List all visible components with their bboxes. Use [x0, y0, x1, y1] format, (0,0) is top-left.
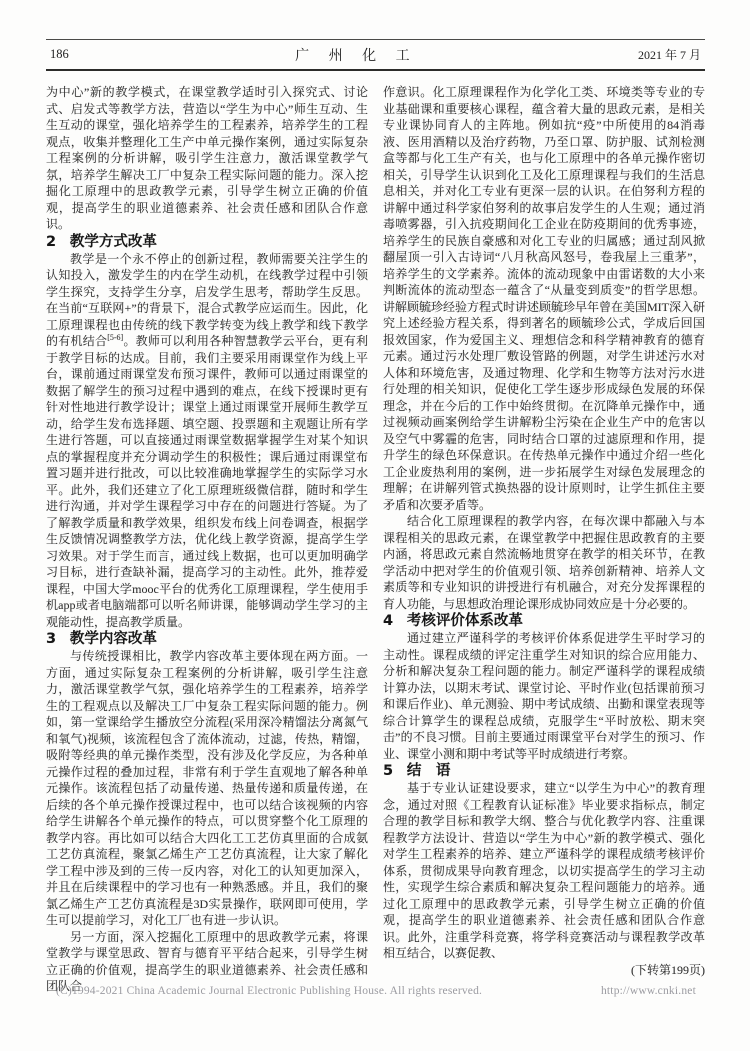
- article-body: 为中心”新的教学模式，在课堂教学适时引入探究式、讨论式、启发式等教学方法，营造以…: [46, 84, 705, 995]
- section-heading-teaching-methods: 2教学方式改革: [46, 233, 368, 251]
- left-column: 为中心”新的教学模式，在课堂教学适时引入探究式、讨论式、启发式等教学方法，营造以…: [46, 84, 368, 995]
- journal-title: 广 州 化 工: [295, 45, 412, 65]
- body-paragraph: 结合化工原理课程的教学内容，在每次课中都融入与本课程相关的思政元素，在课堂教学中…: [383, 513, 705, 612]
- body-paragraph: 通过建立严谨科学的考核评价体系促进学生平时学习的主动性。课程成绩的评定注重学生对…: [383, 630, 705, 762]
- page-number: 186: [50, 47, 69, 62]
- body-paragraph: 作意识。化工原理课程作为化学化工类、环境类等专业的专业基础课和重要核心课程，蕴含…: [383, 84, 705, 513]
- paragraph-text: 。教师可以利用各种智慧教学云平台，更有利于教学目标的达成。目前，我们主要采用雨课…: [46, 334, 368, 629]
- section-title: 考核评价体系改革: [407, 613, 523, 629]
- section-title: 教学内容改革: [70, 631, 157, 647]
- section-number: 5: [383, 763, 393, 779]
- body-paragraph: 教学是一个永不停止的创新过程，教师需要关注学生的认知投入，激发学生的内在学生动机…: [46, 251, 368, 631]
- journal-page: 186 广 州 化 工 2021 年 7 月 为中心”新的教学模式，在课堂教学适…: [0, 0, 750, 1051]
- right-column: 作意识。化工原理课程作为化学化工类、环境类等专业的专业基础课和重要核心课程，蕴含…: [383, 84, 705, 995]
- body-paragraph: 与传统授课相比，教学内容改革主要体现在两方面。一方面，通过实际复杂工程案例的分析…: [46, 648, 368, 929]
- section-heading-assessment: 4考核评价体系改革: [383, 612, 705, 630]
- cnki-url: http://www.cnki.net: [601, 985, 696, 997]
- body-paragraph: 基于专业认证建设要求，建立“以学生为中心”的教育理念，通过对照《工程教育认证标准…: [383, 780, 705, 962]
- copyright-text: (C)1994-2021 China Academic Journal Elec…: [56, 985, 482, 997]
- section-heading-teaching-content: 3教学内容改革: [46, 630, 368, 648]
- citation-ref: [5-6]: [107, 333, 123, 342]
- section-number: 4: [383, 613, 393, 629]
- section-title: 教学方式改革: [70, 234, 157, 250]
- page-header: 186 广 州 化 工 2021 年 7 月: [46, 39, 705, 71]
- section-number: 2: [46, 234, 56, 250]
- section-heading-conclusion: 5结 语: [383, 762, 705, 780]
- section-number: 3: [46, 631, 56, 647]
- section-title: 结 语: [407, 763, 451, 779]
- continued-note: (下转第199页): [383, 962, 705, 979]
- issue-date: 2021 年 7 月: [638, 46, 701, 63]
- body-paragraph: 为中心”新的教学模式，在课堂教学适时引入探究式、讨论式、启发式等教学方法，营造以…: [46, 84, 368, 233]
- page-footer: (C)1994-2021 China Academic Journal Elec…: [56, 985, 696, 997]
